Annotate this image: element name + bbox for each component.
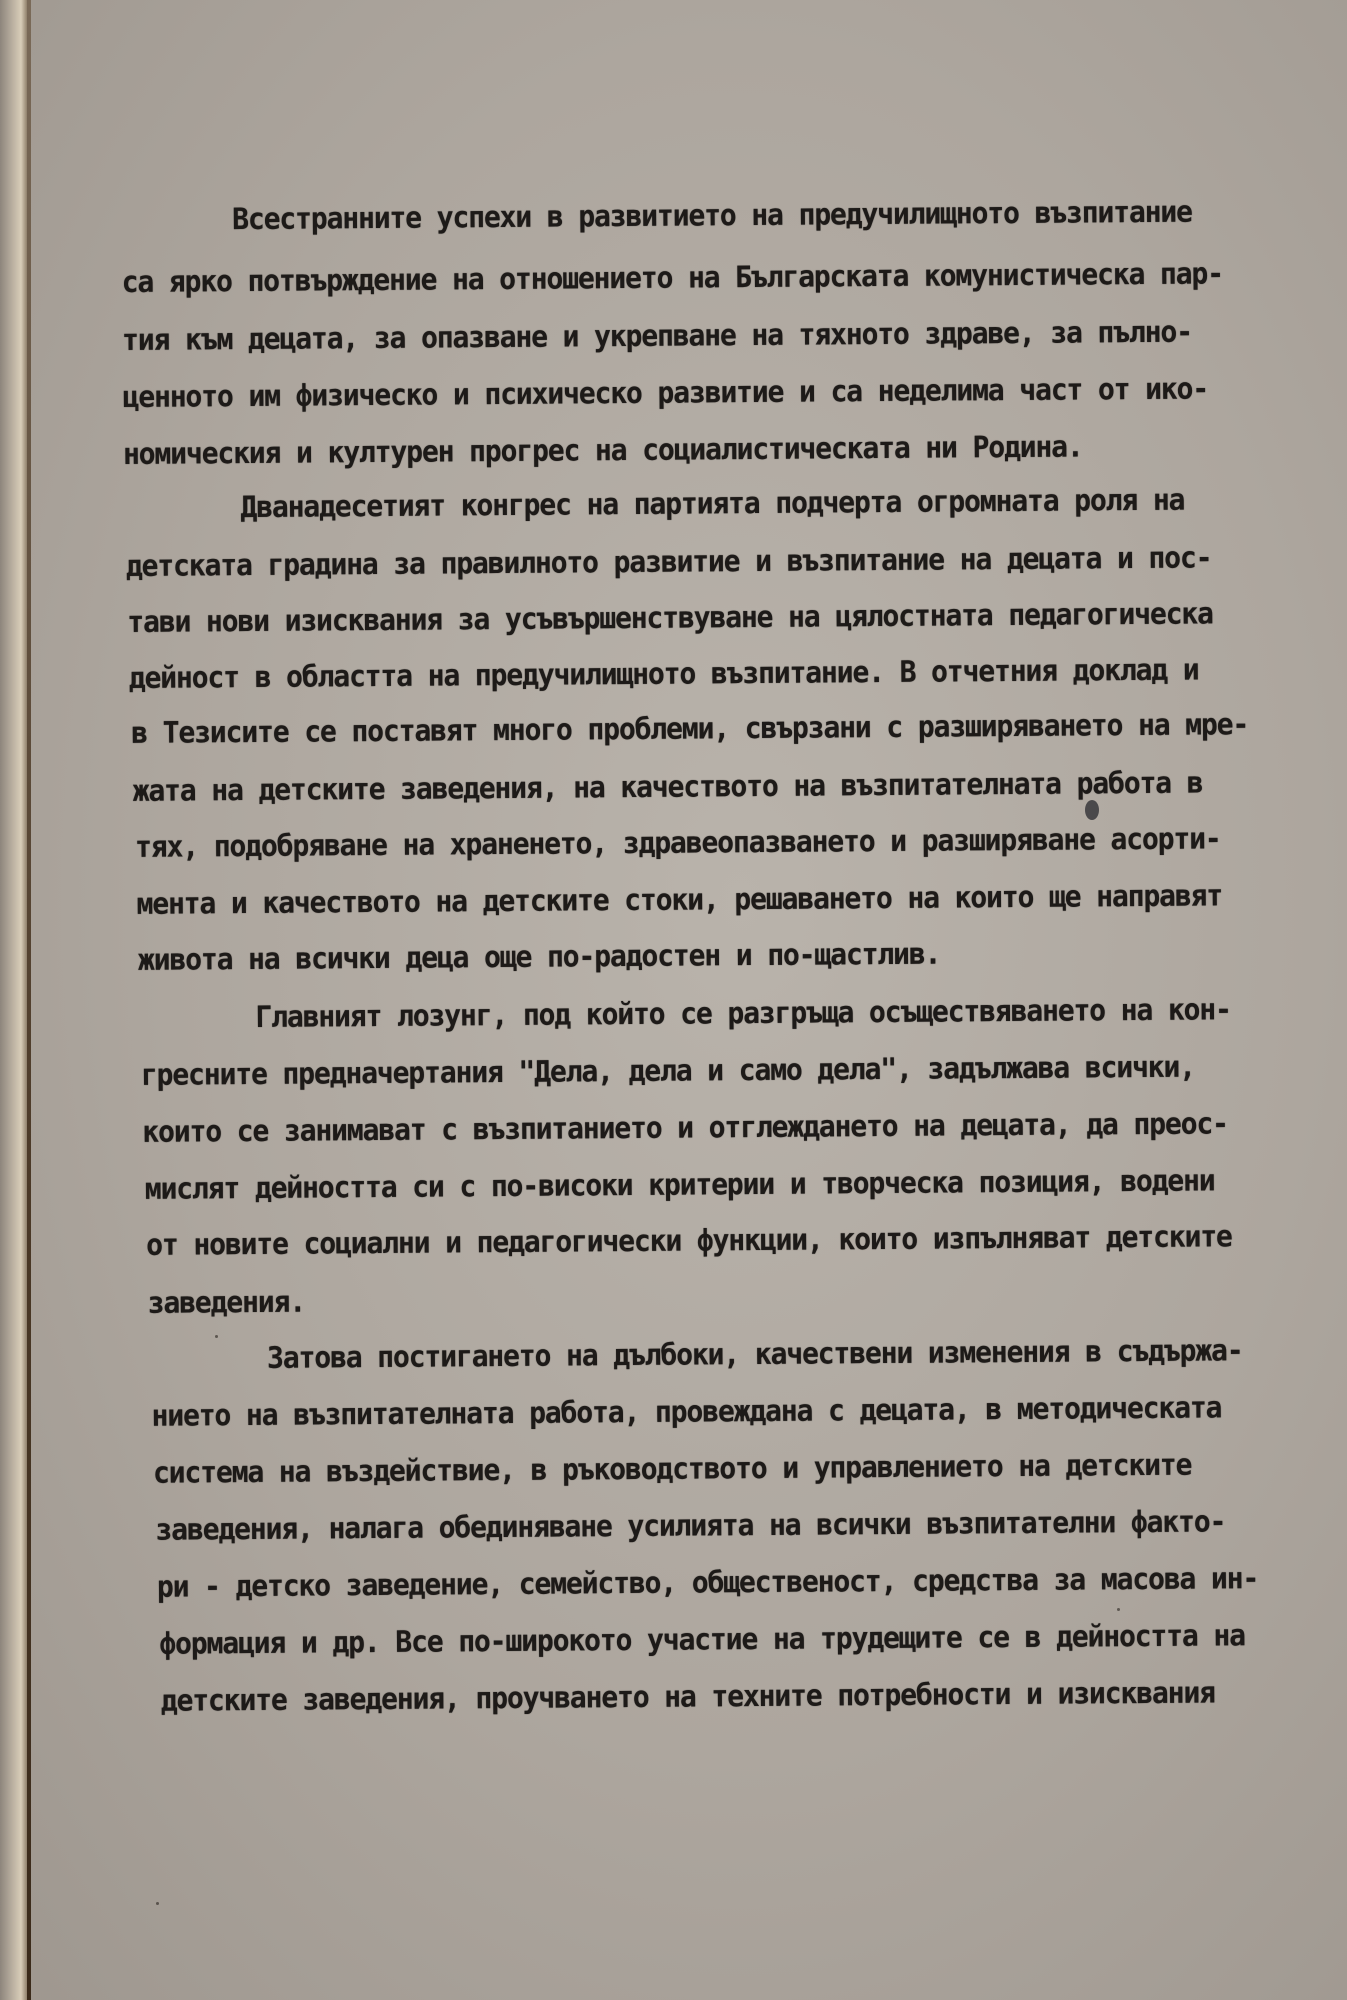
text-line: формация и др. Все по-широкото участие н… — [159, 1621, 1245, 1659]
text-line: детските заведения, проучването на техни… — [161, 1678, 1215, 1716]
text-line: в Тезисите се поставят много проблеми, с… — [131, 710, 1248, 748]
typewritten-text: Всестранните успехи в развитието на пред… — [0, 0, 1347, 2000]
text-line: тия към децата, за опазване и укрепване … — [122, 318, 1192, 356]
text-line: номическия и културен прогрес на социали… — [123, 432, 1083, 469]
text-line: живота на всички деца още по-радостен и … — [138, 940, 941, 976]
text-line: детската градина за правилното развитие … — [126, 543, 1212, 581]
ink-smudge — [1085, 800, 1099, 820]
text-line: са ярко потвърждение на отношението на Б… — [122, 259, 1223, 297]
text-line: жата на детските заведения, на качествот… — [133, 769, 1203, 807]
text-line: мента и качеството на детските стоки, ре… — [136, 881, 1222, 919]
text-line: ценното им физическо и психическо развит… — [122, 374, 1208, 412]
text-line: гресните предначертания "Дела, дела и са… — [141, 1053, 1195, 1091]
text-line: заведения. — [148, 1288, 306, 1319]
paper-speck — [1117, 1608, 1120, 1611]
text-line: нието на възпитателната работа, провежда… — [151, 1393, 1221, 1431]
paper-speck — [156, 1902, 159, 1905]
text-line: Затова постигането на дълбоки, качествен… — [267, 1336, 1243, 1373]
text-line: тях, подобряване на храненето, здравеопа… — [135, 824, 1221, 862]
text-line: Дванадесетият конгрес на партията подчер… — [240, 486, 1184, 523]
text-line: Главният лозунг, под който се разгръща о… — [255, 995, 1231, 1032]
text-line: тави нови изисквания за усъвършенствуван… — [127, 599, 1213, 637]
text-line: от новите социални и педагогически функц… — [146, 1222, 1232, 1260]
text-line: система на въздействие, в ръководството … — [153, 1451, 1192, 1489]
text-line: дейност в областта на предучилищното въз… — [129, 656, 1199, 694]
text-line: които се занимават с възпитанието и отгл… — [142, 1109, 1228, 1147]
text-line: ри - детско заведение, семейство, общест… — [157, 1564, 1258, 1602]
text-line: заведения, налага обединяване усилията н… — [155, 1507, 1225, 1545]
text-line: мислят дейността си с по-високи критерии… — [145, 1166, 1215, 1204]
text-line: Всестранните успехи в развитието на пред… — [232, 198, 1192, 235]
paper-speck — [215, 1335, 218, 1338]
